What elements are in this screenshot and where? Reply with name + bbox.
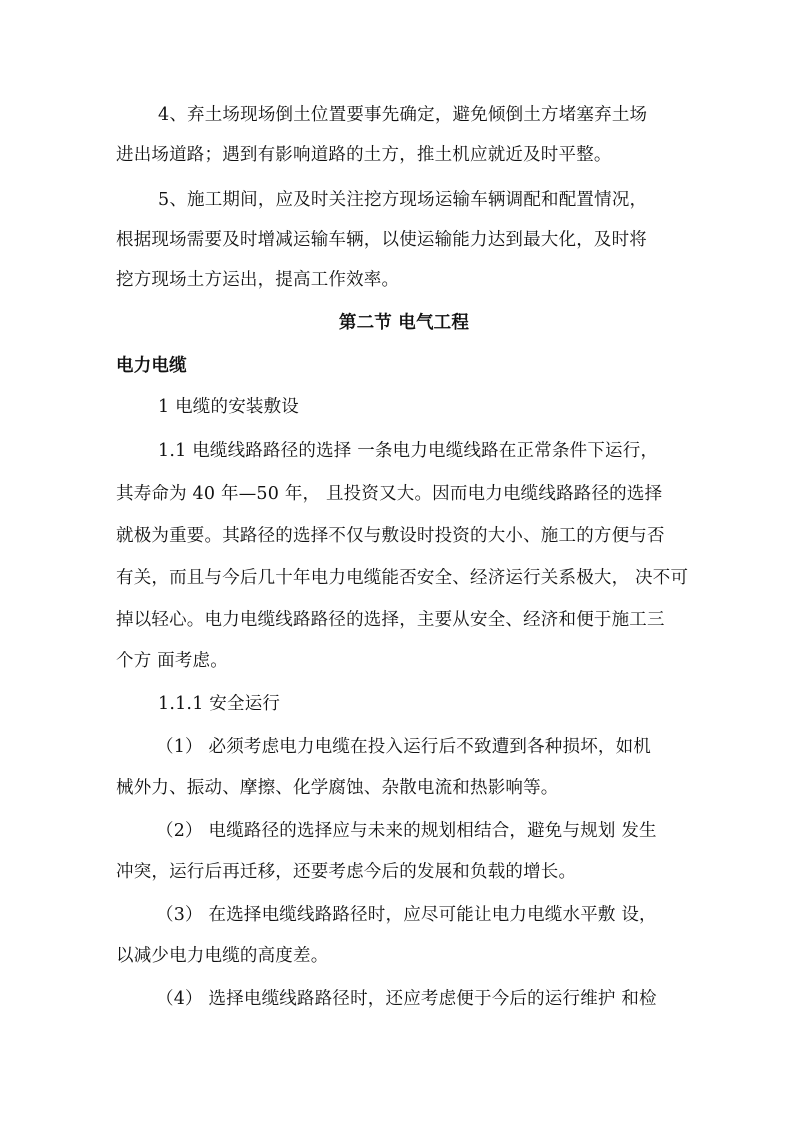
paragraph-1-1-line-4: 有关，而且与今后几十年电力电缆能否安全、经济运行关系极大， 决不可 <box>116 567 688 589</box>
list-item-3-line-2: 以减少电力电缆的高度差。 <box>116 945 328 967</box>
paragraph-item-4-line-2: 进出场道路；遇到有影响道路的土方，推土机应就近及时平整。 <box>116 144 612 166</box>
list-item-2-line-2: 冲突，运行后再迁移，还要考虑今后的发展和负载的增长。 <box>116 861 576 883</box>
list-item-2-line-1: （2） 电缆路径的选择应与未来的规划相结合，避免与规划 发生 <box>156 820 657 842</box>
heading-1: 1 电缆的安装敷设 <box>158 396 299 418</box>
subsection-title: 电力电缆 <box>116 355 187 377</box>
paragraph-item-5-line-3: 挖方现场土方运出，提高工作效率。 <box>116 269 399 291</box>
paragraph-1-1-line-1: 1.1 电缆线路路径的选择 一条电力电缆线路在正常条件下运行， <box>158 440 658 462</box>
list-item-1-line-1: （1） 必须考虑电力电缆在投入运行后不致遭到各种损坏，如机 <box>156 736 651 758</box>
paragraph-item-4-line-1: 4、弃土场现场倒土位置要事先确定，避免倾倒土方堵塞弃土场 <box>158 104 647 126</box>
list-item-1-line-2: 械外力、振动、摩擦、化学腐蚀、杂散电流和热影响等。 <box>116 777 559 799</box>
paragraph-1-1-line-3: 就极为重要。其路径的选择不仅与敷设时投资的大小、施工的方便与否 <box>116 525 665 547</box>
list-item-4-line-1: （4） 选择电缆线路路径时，还应考虑便于今后的运行维护 和检 <box>156 988 657 1010</box>
list-item-3-line-1: （3） 在选择电缆线路路径时，应尽可能让电力电缆水平敷 设， <box>156 904 657 926</box>
paragraph-1-1-line-2: 其寿命为 40 年—50 年， 且投资又大。因而电力电缆线路路径的选择 <box>116 483 662 505</box>
paragraph-1-1-line-5: 掉以轻心。电力电缆线路路径的选择，主要从安全、经济和便于施工三 <box>116 609 665 631</box>
heading-1-1-1: 1.1.1 安全运行 <box>158 693 280 715</box>
paragraph-1-1-line-6: 个方 面考虑。 <box>116 650 228 672</box>
paragraph-item-5-line-2: 根据现场需要及时增减运输车辆，以使运输能力达到最大化，及时将 <box>116 229 647 251</box>
section-title: 第二节 电气工程 <box>116 312 692 334</box>
paragraph-item-5-line-1: 5、施工期间，应及时关注挖方现场运输车辆调配和配置情况， <box>158 189 647 211</box>
